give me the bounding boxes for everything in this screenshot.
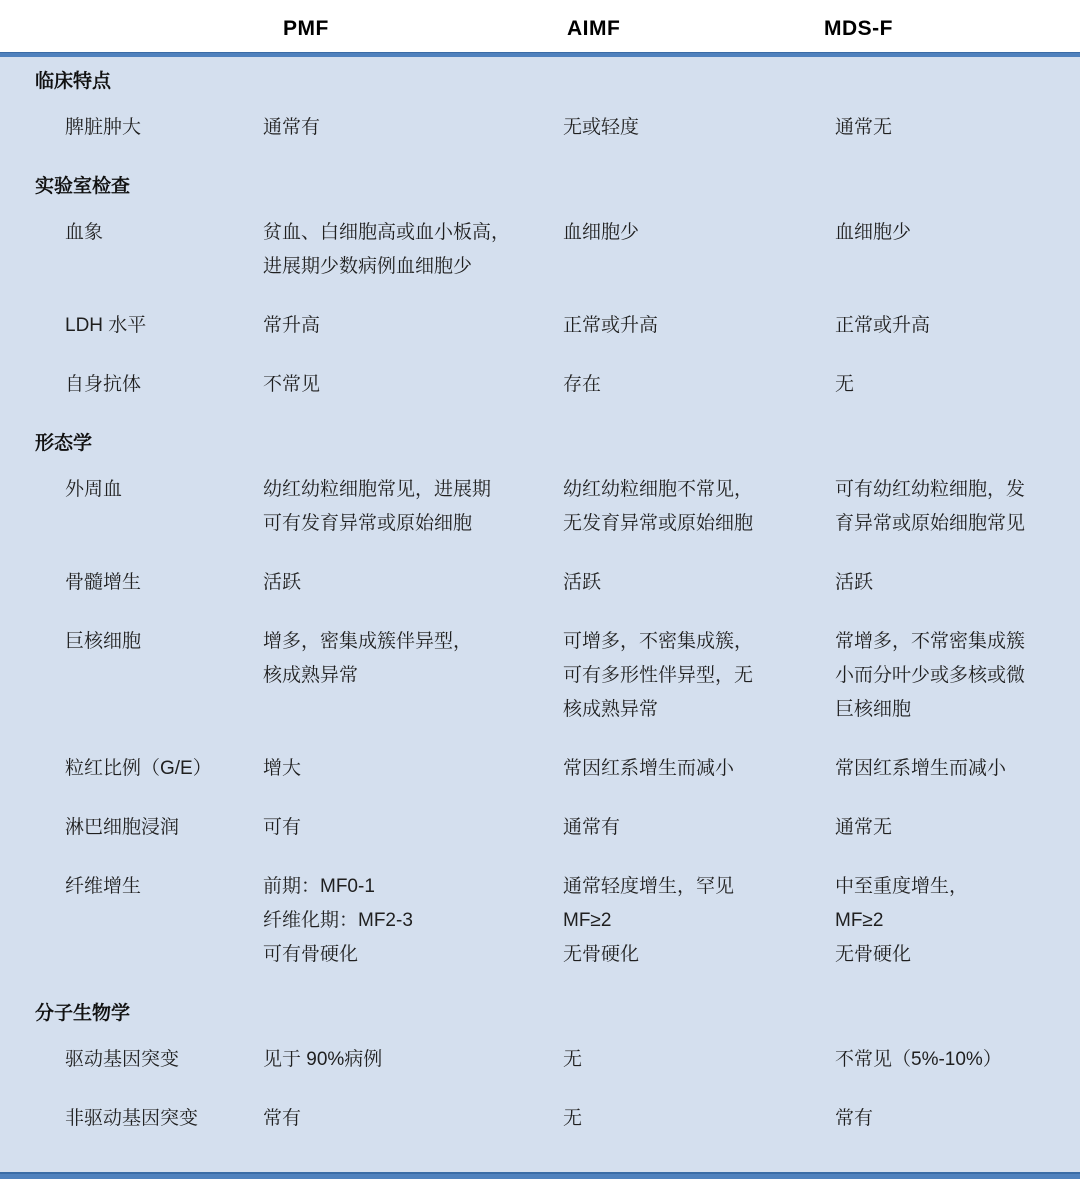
- row-label: 纤维增生: [35, 870, 263, 904]
- mdsf-cell: 活跃: [835, 566, 1060, 600]
- row-label: 淋巴细胞浸润: [35, 811, 263, 845]
- table-header-row: PMF AIMF MDS-F: [0, 0, 1080, 52]
- row-label: 粒红比例（G/E）: [35, 752, 263, 786]
- mdsf-cell: 正常或升高: [835, 309, 1060, 343]
- section-rows: 驱动基因突变 见于 90%病例 无 不常见（5%-10%） 非驱动基因突变 常有…: [35, 1043, 1060, 1136]
- table-section: 实验室检查 血象 贫血、白细胞高或血小板高， 进展期少数病例血细胞少 血细胞少 …: [35, 170, 1060, 402]
- mdsf-cell: 无: [835, 368, 1060, 402]
- aimf-cell: 无: [563, 1102, 835, 1136]
- aimf-cell: 幼红幼粒细胞不常见， 无发育异常或原始细胞: [563, 473, 835, 541]
- pmf-cell: 贫血、白细胞高或血小板高， 进展期少数病例血细胞少: [263, 216, 563, 284]
- column-header-mdsf: MDS-F: [824, 17, 893, 41]
- aimf-cell: 无或轻度: [563, 111, 835, 145]
- table-row: 粒红比例（G/E） 增大 常因红系增生而减小 常因红系增生而减小: [35, 752, 1060, 786]
- section-rows: 外周血 幼红幼粒细胞常见，进展期 可有发育异常或原始细胞 幼红幼粒细胞不常见， …: [35, 473, 1060, 972]
- aimf-cell: 血细胞少: [563, 216, 835, 250]
- table-body: 临床特点 脾脏肿大 通常有 无或轻度 通常无 实验室检查 血象 贫血、白细胞高或…: [0, 57, 1080, 1172]
- table-row: 骨髓增生 活跃 活跃 活跃: [35, 566, 1060, 600]
- mdsf-cell: 通常无: [835, 111, 1060, 145]
- mdsf-cell: 血细胞少: [835, 216, 1060, 250]
- aimf-cell: 通常有: [563, 811, 835, 845]
- row-label: LDH 水平: [35, 309, 263, 343]
- aimf-cell: 正常或升高: [563, 309, 835, 343]
- mdsf-cell: 常有: [835, 1102, 1060, 1136]
- table-row: 外周血 幼红幼粒细胞常见，进展期 可有发育异常或原始细胞 幼红幼粒细胞不常见， …: [35, 473, 1060, 541]
- pmf-cell: 增多，密集成簇伴异型， 核成熟异常: [263, 625, 563, 693]
- row-label: 自身抗体: [35, 368, 263, 402]
- row-label: 非驱动基因突变: [35, 1102, 263, 1136]
- mdsf-cell: 常增多，不常密集成簇 小而分叶少或多核或微 巨核细胞: [835, 625, 1060, 727]
- pmf-cell: 可有: [263, 811, 563, 845]
- column-header-pmf: PMF: [283, 17, 329, 41]
- aimf-cell: 活跃: [563, 566, 835, 600]
- section-title: 分子生物学: [35, 997, 1060, 1031]
- table-row: 非驱动基因突变 常有 无 常有: [35, 1102, 1060, 1136]
- mdsf-cell: 中至重度增生， MF≥2 无骨硬化: [835, 870, 1060, 972]
- table-row: 脾脏肿大 通常有 无或轻度 通常无: [35, 111, 1060, 145]
- table-row: LDH 水平 常升高 正常或升高 正常或升高: [35, 309, 1060, 343]
- mdsf-cell: 不常见（5%-10%）: [835, 1043, 1060, 1077]
- aimf-cell: 可增多，不密集成簇， 可有多形性伴异型，无 核成熟异常: [563, 625, 835, 727]
- table-section: 分子生物学 驱动基因突变 见于 90%病例 无 不常见（5%-10%） 非驱动基…: [35, 997, 1060, 1136]
- table-section: 临床特点 脾脏肿大 通常有 无或轻度 通常无: [35, 65, 1060, 145]
- aimf-cell: 通常轻度增生，罕见 MF≥2 无骨硬化: [563, 870, 835, 972]
- pmf-cell: 前期：MF0-1 纤维化期：MF2-3 可有骨硬化: [263, 870, 563, 972]
- pmf-cell: 不常见: [263, 368, 563, 402]
- section-title: 形态学: [35, 427, 1060, 461]
- section-title: 临床特点: [35, 65, 1060, 99]
- bottom-border-line: [0, 1172, 1080, 1179]
- row-label: 脾脏肿大: [35, 111, 263, 145]
- section-title: 实验室检查: [35, 170, 1060, 204]
- mdsf-cell: 通常无: [835, 811, 1060, 845]
- pmf-cell: 增大: [263, 752, 563, 786]
- mdsf-cell: 可有幼红幼粒细胞，发 育异常或原始细胞常见: [835, 473, 1060, 541]
- table-row: 血象 贫血、白细胞高或血小板高， 进展期少数病例血细胞少 血细胞少 血细胞少: [35, 216, 1060, 284]
- aimf-cell: 存在: [563, 368, 835, 402]
- row-label: 巨核细胞: [35, 625, 263, 659]
- aimf-cell: 无: [563, 1043, 835, 1077]
- section-rows: 脾脏肿大 通常有 无或轻度 通常无: [35, 111, 1060, 145]
- comparison-table: PMF AIMF MDS-F 临床特点 脾脏肿大 通常有 无或轻度 通常无 实验…: [0, 0, 1080, 1186]
- table-row: 巨核细胞 增多，密集成簇伴异型， 核成熟异常 可增多，不密集成簇， 可有多形性伴…: [35, 625, 1060, 727]
- table-row: 淋巴细胞浸润 可有 通常有 通常无: [35, 811, 1060, 845]
- table-row: 自身抗体 不常见 存在 无: [35, 368, 1060, 402]
- pmf-cell: 活跃: [263, 566, 563, 600]
- row-label: 驱动基因突变: [35, 1043, 263, 1077]
- pmf-cell: 常升高: [263, 309, 563, 343]
- pmf-cell: 见于 90%病例: [263, 1043, 563, 1077]
- row-label: 血象: [35, 216, 263, 250]
- table-row: 驱动基因突变 见于 90%病例 无 不常见（5%-10%）: [35, 1043, 1060, 1077]
- row-label: 外周血: [35, 473, 263, 507]
- mdsf-cell: 常因红系增生而减小: [835, 752, 1060, 786]
- pmf-cell: 幼红幼粒细胞常见，进展期 可有发育异常或原始细胞: [263, 473, 563, 541]
- pmf-cell: 常有: [263, 1102, 563, 1136]
- section-rows: 血象 贫血、白细胞高或血小板高， 进展期少数病例血细胞少 血细胞少 血细胞少 L…: [35, 216, 1060, 402]
- table-row: 纤维增生 前期：MF0-1 纤维化期：MF2-3 可有骨硬化 通常轻度增生，罕见…: [35, 870, 1060, 972]
- table-section: 形态学 外周血 幼红幼粒细胞常见，进展期 可有发育异常或原始细胞 幼红幼粒细胞不…: [35, 427, 1060, 972]
- row-label: 骨髓增生: [35, 566, 263, 600]
- aimf-cell: 常因红系增生而减小: [563, 752, 835, 786]
- pmf-cell: 通常有: [263, 111, 563, 145]
- column-header-aimf: AIMF: [567, 17, 620, 41]
